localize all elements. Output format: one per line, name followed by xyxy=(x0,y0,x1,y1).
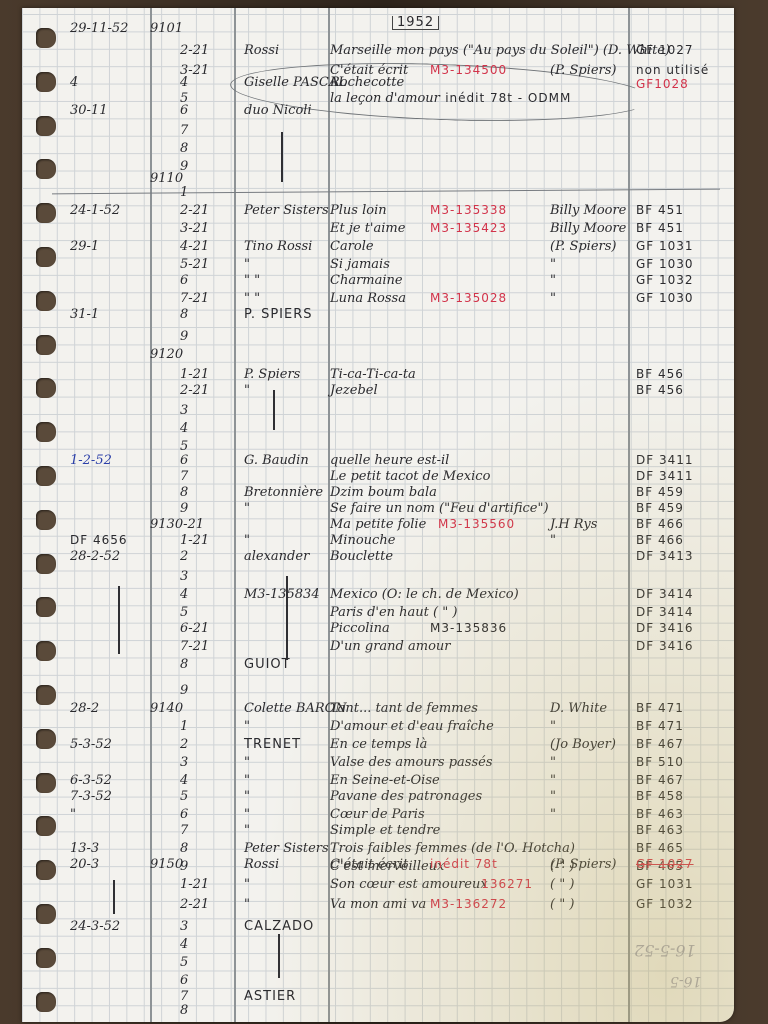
song-title: Bouclette xyxy=(330,550,393,563)
song-title: Simple et tendre xyxy=(330,824,440,837)
binding-hole xyxy=(36,247,56,267)
song-title: Pavane des patronages xyxy=(330,790,482,803)
matrix-code: M3-135028 xyxy=(430,292,507,304)
artist-name: " xyxy=(244,534,250,547)
binding-hole xyxy=(36,466,56,486)
session-note: Billy Moore xyxy=(550,222,626,235)
song-title: Valse des amours passés xyxy=(330,756,493,769)
session-note: Billy Moore xyxy=(550,204,626,217)
matrix-number: 3 xyxy=(180,920,188,933)
matrix-number: 7 xyxy=(180,824,188,837)
matrix-number: 9 xyxy=(180,330,188,343)
binding-hole xyxy=(36,729,56,749)
matrix-number: 1-21 xyxy=(180,534,209,547)
binding-hole xyxy=(36,28,56,48)
binding-hole xyxy=(36,554,56,574)
session-note: " xyxy=(550,258,556,271)
catalogue-ref: BF 467 xyxy=(636,738,684,750)
binding-hole xyxy=(36,510,56,530)
matrix-number: 5 xyxy=(180,790,188,803)
song-title: la leçon d'amour xyxy=(330,92,440,105)
catalogue-ref: GF 1030 xyxy=(636,258,694,270)
catalogue-ref: BF 459 xyxy=(636,486,684,498)
matrix-number: 2 xyxy=(180,550,188,563)
artist-name: " xyxy=(244,384,250,397)
catalogue-ref: BF 471 xyxy=(636,720,684,732)
song-title: D'un grand amour xyxy=(330,640,450,653)
artist-name: " xyxy=(244,808,250,821)
song-title: Plus loin xyxy=(330,204,387,217)
section-separator xyxy=(52,189,720,195)
song-title: Marseille mon pays ("Au pays du Soleil")… xyxy=(330,44,670,57)
catalogue-ref: BF 467 xyxy=(636,774,684,786)
song-title: Va mon ami va xyxy=(330,898,426,911)
session-note: (P. Spiers) xyxy=(550,64,617,77)
year-header: 1952 xyxy=(392,16,439,30)
catalogue-ref: BF 458 xyxy=(636,790,684,802)
matrix-number: 9110 xyxy=(150,172,183,185)
catalogue-ref: BF 456 xyxy=(636,384,684,396)
catalogue-ref: GF 1030 xyxy=(636,292,694,304)
session-note: " xyxy=(550,720,556,733)
catalogue-ref: BF 465 xyxy=(636,842,684,854)
artist-name: P. SPIERS xyxy=(244,308,313,321)
song-title: Jezebel xyxy=(330,384,378,397)
matrix-number: 5 xyxy=(180,440,188,453)
artist-name: Bretonnière xyxy=(244,486,323,499)
entry-date: 31-1 xyxy=(70,308,99,321)
entry-date: DF 4656 xyxy=(70,534,128,546)
matrix-number: 8 xyxy=(180,1004,188,1017)
matrix-number: 7-21 xyxy=(180,640,209,653)
notebook-page: 1952 29-11-5291012-21RossiMarseille mon … xyxy=(22,8,734,1022)
binding-hole xyxy=(36,816,56,836)
catalogue-ref: DF 3413 xyxy=(636,550,694,562)
song-title: Dzim boum bala xyxy=(330,486,437,499)
entry-date: 7-3-52 xyxy=(70,790,112,803)
matrix-code: inédit 78t - ODMM xyxy=(445,92,571,104)
artist-name: Peter Sisters xyxy=(244,842,329,855)
entry-date: 28-2 xyxy=(70,702,99,715)
binding-hole xyxy=(36,335,56,355)
session-note: " xyxy=(550,534,556,547)
artist-name: " xyxy=(244,720,250,733)
artist-name: " xyxy=(244,774,250,787)
entry-date: 5-3-52 xyxy=(70,738,112,751)
matrix-number: 9130-21 xyxy=(150,518,204,531)
matrix-number: 5-21 xyxy=(180,258,209,271)
song-title: Carole xyxy=(330,240,374,253)
matrix-number: 5 xyxy=(180,956,188,969)
artist-name: TRENET xyxy=(244,738,301,751)
session-note: ( " ) xyxy=(550,878,574,891)
song-title: quelle heure est-il xyxy=(330,454,449,467)
matrix-number: 5 xyxy=(180,606,188,619)
artist-name: G. Baudin xyxy=(244,454,309,467)
artist-name: alexander xyxy=(244,550,309,563)
session-note: (P. Spiers) xyxy=(550,240,617,253)
artist-name: " xyxy=(244,502,250,515)
artist-name: " xyxy=(244,258,250,271)
catalogue-ref: GF 1032 xyxy=(636,274,694,286)
artist-name: Peter Sisters xyxy=(244,204,329,217)
matrix-number: 3 xyxy=(180,570,188,583)
artist-name: ASTIER xyxy=(244,990,296,1003)
song-title: Ti-ca-Ti-ca-ta xyxy=(330,368,416,381)
matrix-code: M3-135836 xyxy=(430,622,507,634)
song-title: Trois faibles femmes (de l'O. Hotcha) xyxy=(330,842,575,855)
artist-name: " xyxy=(244,756,250,769)
matrix-number: 9120 xyxy=(150,348,183,361)
matrix-number: 7 xyxy=(180,470,188,483)
continuation-line xyxy=(278,934,280,978)
session-note: (P. Spiers) xyxy=(550,858,617,871)
matrix-number: 4 xyxy=(180,422,188,435)
bleed-through-text: 16-5-52 xyxy=(634,942,696,958)
matrix-number: 2-21 xyxy=(180,44,209,57)
bleed-through-text: 16-5 xyxy=(670,974,701,988)
binding-hole xyxy=(36,641,56,661)
song-title: Minouche xyxy=(330,534,395,547)
matrix-number: 2-21 xyxy=(180,384,209,397)
matrix-number: 1 xyxy=(180,720,188,733)
binding-hole xyxy=(36,203,56,223)
matrix-number: 4 xyxy=(180,938,188,951)
binding-hole xyxy=(36,773,56,793)
catalogue-ref: GF 1031 xyxy=(636,878,694,890)
session-note: " xyxy=(550,274,556,287)
catalogue-ref: DF 3411 xyxy=(636,470,694,482)
matrix-number: 9 xyxy=(180,502,188,515)
entry-date: 24-1-52 xyxy=(70,204,120,217)
entry-date: 6-3-52 xyxy=(70,774,112,787)
artist-name: CALZADO xyxy=(244,920,314,933)
matrix-number: 4 xyxy=(180,588,188,601)
matrix-number: 4 xyxy=(180,76,188,89)
song-title: Se faire un nom ("Feu d'artifice") xyxy=(330,502,549,515)
artist-name: " xyxy=(244,824,250,837)
catalogue-ref: non utilisé xyxy=(636,64,709,76)
catalogue-ref: BF 451 xyxy=(636,204,684,216)
catalogue-ref: BF 466 xyxy=(636,534,684,546)
matrix-code: M3-135560 xyxy=(438,518,515,530)
catalogue-ref: DF 3416 xyxy=(636,622,694,634)
matrix-number: 6 xyxy=(180,454,188,467)
binding-hole xyxy=(36,291,56,311)
artist-name: duo Nicoli xyxy=(244,104,312,117)
matrix-code: 136271 xyxy=(481,878,533,890)
catalogue-ref: DF 3414 xyxy=(636,588,694,600)
catalogue-ref: BF 456 xyxy=(636,368,684,380)
song-title: Charmaine xyxy=(330,274,403,287)
binding-hole xyxy=(36,948,56,968)
song-title: Tant... tant de femmes xyxy=(330,702,478,715)
matrix-number: 3-21 xyxy=(180,222,209,235)
matrix-number: 1-21 xyxy=(180,878,209,891)
continuation-line xyxy=(113,880,115,914)
song-title: Cœur de Paris xyxy=(330,808,425,821)
matrix-number: 8 xyxy=(180,486,188,499)
matrix-number: 2 xyxy=(180,738,188,751)
matrix-code: inédit 78t xyxy=(430,858,498,870)
entry-date: 13-3 xyxy=(70,842,99,855)
artist-name: " xyxy=(244,878,250,891)
matrix-number: 9 xyxy=(180,684,188,697)
matrix-number: 8 xyxy=(180,142,188,155)
column-divider xyxy=(234,8,236,1022)
song-title: Le petit tacot de Mexico xyxy=(330,470,490,483)
catalogue-ref: DF 3411 xyxy=(636,454,694,466)
song-title: Si jamais xyxy=(330,258,390,271)
matrix-number: 8 xyxy=(180,842,188,855)
matrix-number: 7-21 xyxy=(180,292,209,305)
entry-date: 30-11 xyxy=(70,104,107,117)
catalogue-ref: BF 510 xyxy=(636,756,684,768)
entry-date: 29-1 xyxy=(70,240,99,253)
binding-hole xyxy=(36,992,56,1012)
matrix-code: M3-134500 xyxy=(430,64,507,76)
matrix-number: 2-21 xyxy=(180,204,209,217)
matrix-code: M3-136272 xyxy=(430,898,507,910)
song-title: D'amour et d'eau fraîche xyxy=(330,720,494,733)
continuation-line xyxy=(118,586,120,654)
catalogue-ref: BF 466 xyxy=(636,518,684,530)
matrix-number: 8 xyxy=(180,308,188,321)
catalogue-ref: GF 1027 xyxy=(636,44,694,56)
matrix-number: 9150 xyxy=(150,858,183,871)
matrix-code: M3-135423 xyxy=(430,222,507,234)
song-title: Et je t'aime xyxy=(330,222,405,235)
matrix-number: 6 xyxy=(180,274,188,287)
session-note: D. White xyxy=(550,702,607,715)
song-title: Piccolina xyxy=(330,622,390,635)
continuation-line xyxy=(281,132,283,182)
session-note: " xyxy=(550,790,556,803)
song-title: En ce temps là xyxy=(330,738,427,751)
artist-name: " xyxy=(244,790,250,803)
session-note: (Jo Boyer) xyxy=(550,738,616,751)
matrix-number: 8 xyxy=(180,658,188,671)
artist-name: " xyxy=(244,898,250,911)
matrix-number: 7 xyxy=(180,990,188,1003)
artist-name: " " xyxy=(244,274,260,287)
artist-name: Tino Rossi xyxy=(244,240,312,253)
catalogue-ref: BF 463 xyxy=(636,808,684,820)
binding-hole xyxy=(36,116,56,136)
catalogue-ref: GF 1031 xyxy=(636,240,694,252)
entry-date: 24-3-52 xyxy=(70,920,120,933)
catalogue-ref: DF 3414 xyxy=(636,606,694,618)
matrix-number: 7 xyxy=(180,124,188,137)
entry-date: " xyxy=(70,808,76,821)
binding-hole xyxy=(36,860,56,880)
catalogue-ref: BF 463 xyxy=(636,824,684,836)
matrix-number: 1 xyxy=(180,186,188,199)
artist-name: P. Spiers xyxy=(244,368,300,381)
matrix-number: 6 xyxy=(180,974,188,987)
matrix-number: 6 xyxy=(180,104,188,117)
session-note: " xyxy=(550,292,556,305)
entry-date: 28-2-52 xyxy=(70,550,120,563)
continuation-line xyxy=(273,390,275,430)
matrix-number: 6 xyxy=(180,808,188,821)
entry-date: 1-2-52 xyxy=(70,454,112,467)
song-title: Ma petite folie xyxy=(330,518,426,531)
matrix-number: 2-21 xyxy=(180,898,209,911)
binding-hole xyxy=(36,685,56,705)
song-title: Paris d'en haut ( " ) xyxy=(330,606,457,619)
matrix-number: 9140 xyxy=(150,702,183,715)
song-title: Mexico (O: le ch. de Mexico) xyxy=(330,588,519,601)
song-title: Rochecotte xyxy=(330,76,404,89)
artist-name: M3-135834 xyxy=(244,588,320,601)
artist-name: Rossi xyxy=(244,44,279,57)
entry-date: 4 xyxy=(70,76,78,89)
song-title: En Seine-et-Oise xyxy=(330,774,440,787)
binding-hole xyxy=(36,72,56,92)
binding-hole xyxy=(36,378,56,398)
session-note: " xyxy=(550,808,556,821)
binding-hole xyxy=(36,422,56,442)
binding-hole xyxy=(36,904,56,924)
catalogue-ref: GF 1032 xyxy=(636,898,694,910)
catalogue-ref: BF 459 xyxy=(636,502,684,514)
matrix-number: 3 xyxy=(180,404,188,417)
artist-name: Rossi xyxy=(244,858,279,871)
session-note: " xyxy=(550,774,556,787)
catalogue-ref: GF 1027 xyxy=(636,858,694,870)
matrix-number: 4-21 xyxy=(180,240,209,253)
matrix-code: M3-135338 xyxy=(430,204,507,216)
song-title: C'était écrit xyxy=(330,858,408,871)
entry-date: 20-3 xyxy=(70,858,99,871)
catalogue-ref: BF 471 xyxy=(636,702,684,714)
matrix-number: 1-21 xyxy=(180,368,209,381)
matrix-number: 6-21 xyxy=(180,622,209,635)
entry-date: 29-11-52 xyxy=(70,22,128,35)
matrix-number: 3 xyxy=(180,756,188,769)
session-note: ( " ) xyxy=(550,898,574,911)
artist-name: " " xyxy=(244,292,260,305)
binding-hole xyxy=(36,597,56,617)
song-title: Son cœur est amoureux xyxy=(330,878,488,891)
matrix-number: 9101 xyxy=(150,22,183,35)
catalogue-ref: BF 451 xyxy=(636,222,684,234)
matrix-number: 4 xyxy=(180,774,188,787)
session-note: J.H Rys xyxy=(550,518,597,531)
continuation-line xyxy=(286,576,288,660)
song-title: Luna Rossa xyxy=(330,292,406,305)
session-note: " xyxy=(550,756,556,769)
catalogue-ref: DF 3416 xyxy=(636,640,694,652)
binding-hole xyxy=(36,159,56,179)
catalogue-ref: GF1028 xyxy=(636,78,689,90)
column-divider xyxy=(628,8,630,1022)
artist-name: GUIOT xyxy=(244,658,291,671)
